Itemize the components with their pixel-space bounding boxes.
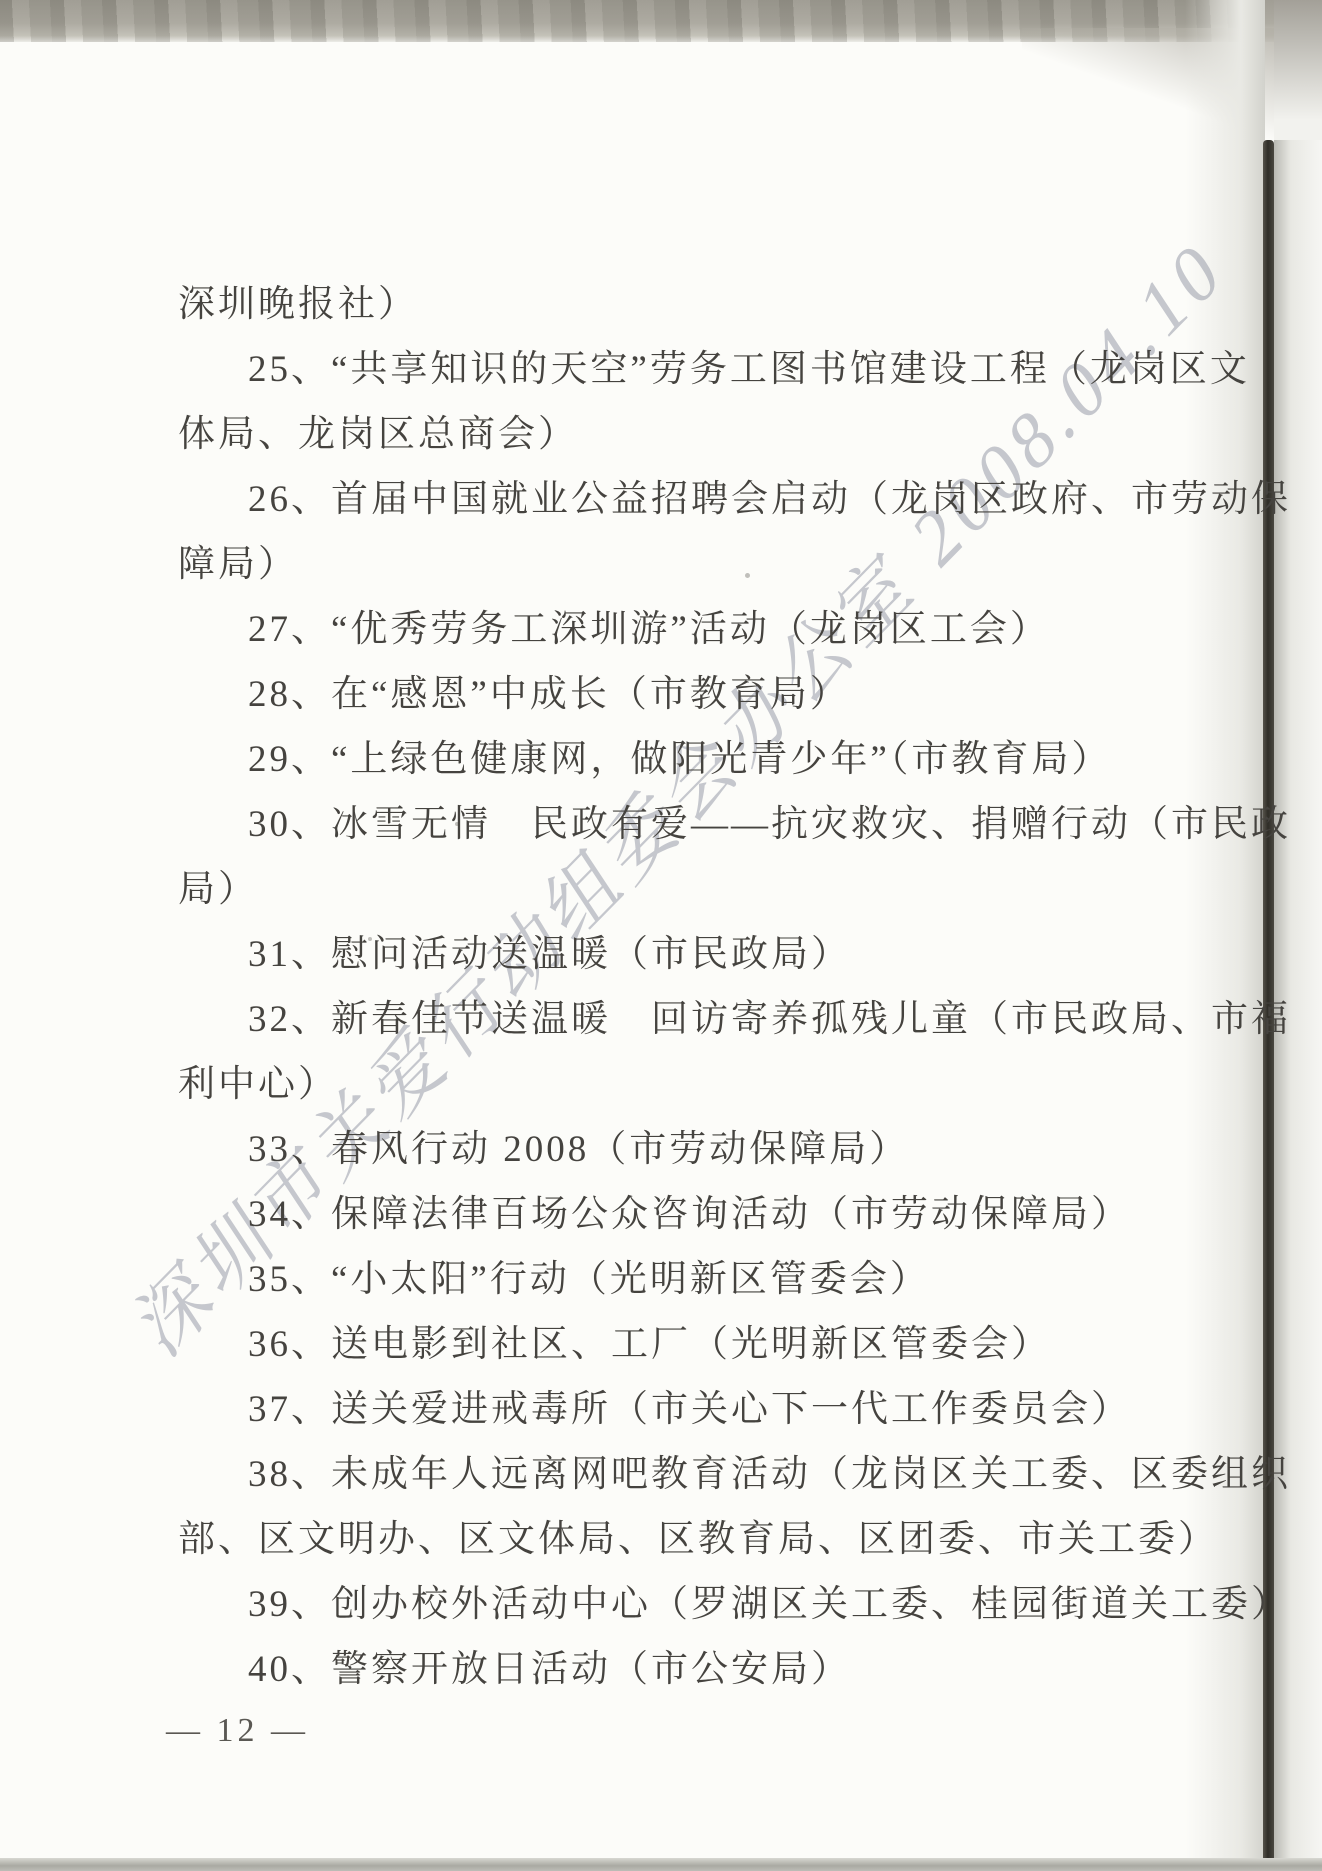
text-line: 28、在“感恩”中成长（市教育局） <box>178 662 1168 727</box>
text-line: 26、首届中国就业公益招聘会启动（龙岗区政府、市劳动保 <box>178 467 1168 532</box>
text-line: 38、未成年人远离网吧教育活动（龙岗区关工委、区委组织 <box>178 1442 1168 1507</box>
text-line: 39、创办校外活动中心（罗湖区关工委、桂园街道关工委） <box>178 1572 1168 1637</box>
text-line: 37、送关爱进戒毒所（市关心下一代工作委员会） <box>178 1377 1168 1442</box>
scanned-document-page: 深圳市关爱行动组委会办公室 2008.04.10 深圳晚报社）25、“共享知识的… <box>0 0 1322 1871</box>
text-line: 25、“共享知识的天空”劳务工图书馆建设工程（龙岗区文 <box>178 337 1168 402</box>
text-line: 36、送电影到社区、工厂（光明新区管委会） <box>178 1312 1168 1377</box>
text-line: 34、保障法律百场公众咨询活动（市劳动保障局） <box>178 1182 1168 1247</box>
text-line: 40、警察开放日活动（市公安局） <box>178 1637 1168 1702</box>
text-line: 33、春风行动 2008（市劳动保障局） <box>178 1117 1168 1182</box>
text-line: 体局、龙岗区总商会） <box>178 402 1168 467</box>
text-line: 深圳晚报社） <box>178 272 1168 337</box>
text-line: 障局） <box>178 532 1168 597</box>
text-line: 35、“小太阳”行动（光明新区管委会） <box>178 1247 1168 1312</box>
scan-edge-right-top <box>1274 0 1322 150</box>
text-line: 31、慰问活动送温暖（市民政局） <box>178 922 1168 987</box>
document-body-text: 深圳晚报社）25、“共享知识的天空”劳务工图书馆建设工程（龙岗区文体局、龙岗区总… <box>178 272 1168 1702</box>
text-line: 27、“优秀劳务工深圳游”活动（龙岗区工会） <box>178 597 1168 662</box>
text-line: 30、冰雪无情 民政有爱——抗灾救灾、捐赠行动（市民政 <box>178 792 1168 857</box>
text-line: 32、新春佳节送温暖 回访寄养孤残儿童（市民政局、市福 <box>178 987 1168 1052</box>
text-line: 29、“上绿色健康网，做阳光青少年”（市教育局） <box>178 727 1168 792</box>
text-line: 利中心） <box>178 1052 1168 1117</box>
scan-edge-bottom <box>0 1858 1322 1871</box>
text-line: 部、区文明办、区文体局、区教育局、区团委、市关工委） <box>178 1507 1168 1572</box>
text-line: 局） <box>178 857 1168 922</box>
page-number: — 12 — <box>166 1712 309 1750</box>
